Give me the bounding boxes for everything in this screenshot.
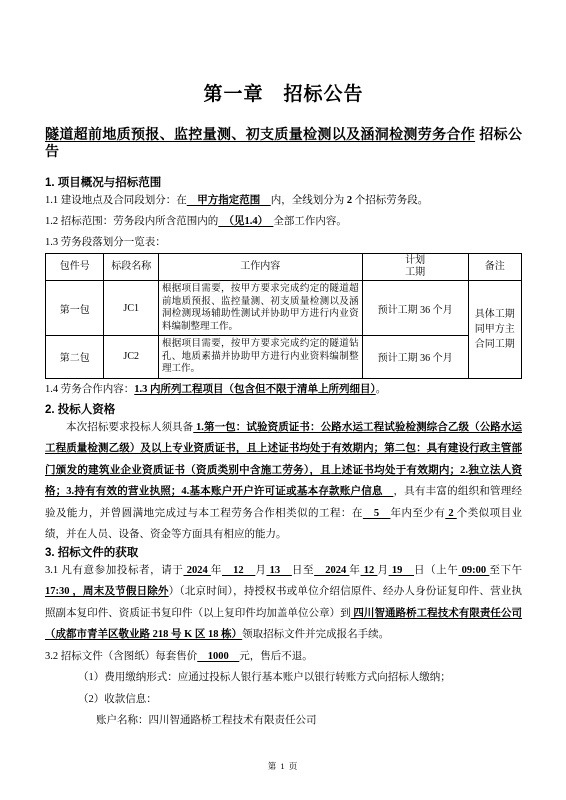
package-no-cell: 第一包	[46, 281, 104, 336]
duration-cell: 预计工期 36 个月	[362, 336, 468, 379]
chapter-title: 第一章 招标公告	[45, 84, 522, 106]
table-row: 第二包 JC2 根据项目需要，按甲方要求完成约定的隧道钻孔、地质素描并协助甲方进…	[46, 336, 522, 379]
document-page: 第一章 招标公告 隧道超前地质预报、监控量测、初支质量检测以及涵洞检测劳务合作 …	[0, 0, 566, 800]
payee-info-item: （2）收款信息：	[45, 689, 522, 711]
col-header-section-name: 标段名称	[104, 254, 158, 281]
account-name-line: 账户名称：四川智通路桥工程技术有限责任公司	[45, 710, 522, 732]
package-no-cell: 第二包	[46, 336, 104, 379]
section-name-cell: JC1	[104, 281, 158, 336]
col-header-planned-duration: 计划 工期	[362, 254, 468, 281]
table-row: 第一包 JC1 根据项目需要，按甲方要求完成约定的隧道超前地质预报、监控量测、初…	[46, 281, 522, 336]
paragraph-3-2: 3.2 招标文件（含图纸）每套售价 1000 元，售后不退。	[45, 646, 522, 668]
work-content-cell: 根据项目需要，按甲方要求完成约定的隧道超前地质预报、监控量测、初支质量检测以及涵…	[158, 281, 362, 336]
paragraph-1-3: 1.3 劳务段落划分一览表：	[45, 232, 522, 253]
col-header-remark: 备注	[468, 254, 521, 281]
section-2-heading: 2. 投标人资格	[45, 403, 522, 417]
paragraph-1-2: 1.2 招标范围：劳务段内所含范围内的 （见1.4） 全部工作内容。	[45, 211, 522, 232]
fee-payment-item: （1）费用缴纳形式：应通过投标人银行基本账户以银行转账方式向招标人缴纳；	[45, 667, 522, 689]
page-footer: 第 1 页	[0, 760, 566, 772]
paragraph-1-4: 1.4 劳务合作内容：1.3 内所列工程项目（包含但不限于清单上所列细目）。	[45, 379, 522, 400]
paragraph-1-1: 1.1 建设地点及合同段划分：在 甲方指定范围 内，全线划分为 2 个招标劳务段…	[45, 190, 522, 211]
packages-table: 包件号 标段名称 工作内容 计划 工期 备注 第一包 JC1 根据项目需要，按甲…	[45, 253, 522, 379]
work-content-cell: 根据项目需要，按甲方要求完成约定的隧道钻孔、地质素描并协助甲方进行内业资料编制整…	[158, 336, 362, 379]
bidder-qualification-paragraph: 本次招标要求投标人须具备 1.第一包：试验资质证书：公路水运工程试验检测综合乙级…	[45, 417, 522, 546]
col-header-work-content: 工作内容	[158, 254, 362, 281]
section-name-cell: JC2	[104, 336, 158, 379]
table-header-row: 包件号 标段名称 工作内容 计划 工期 备注	[46, 254, 522, 281]
page-number: 第 1 页	[268, 761, 299, 771]
col-header-package-no: 包件号	[46, 254, 104, 281]
paragraph-3-1: 3.1 凡有意参加投标者，请于 2024 年 12 月 13 日至 2024 年…	[45, 560, 522, 646]
section-3-heading: 3. 招标文件的获取	[45, 546, 522, 560]
section-1-heading: 1. 项目概况与招标范围	[45, 176, 522, 190]
remark-merged-cell: 具体工期同甲方主合同工期	[468, 281, 521, 379]
duration-cell: 预计工期 36 个月	[362, 281, 468, 336]
announcement-title: 隧道超前地质预报、监控量测、初支质量检测以及涵洞检测劳务合作 招标公告	[45, 126, 522, 160]
